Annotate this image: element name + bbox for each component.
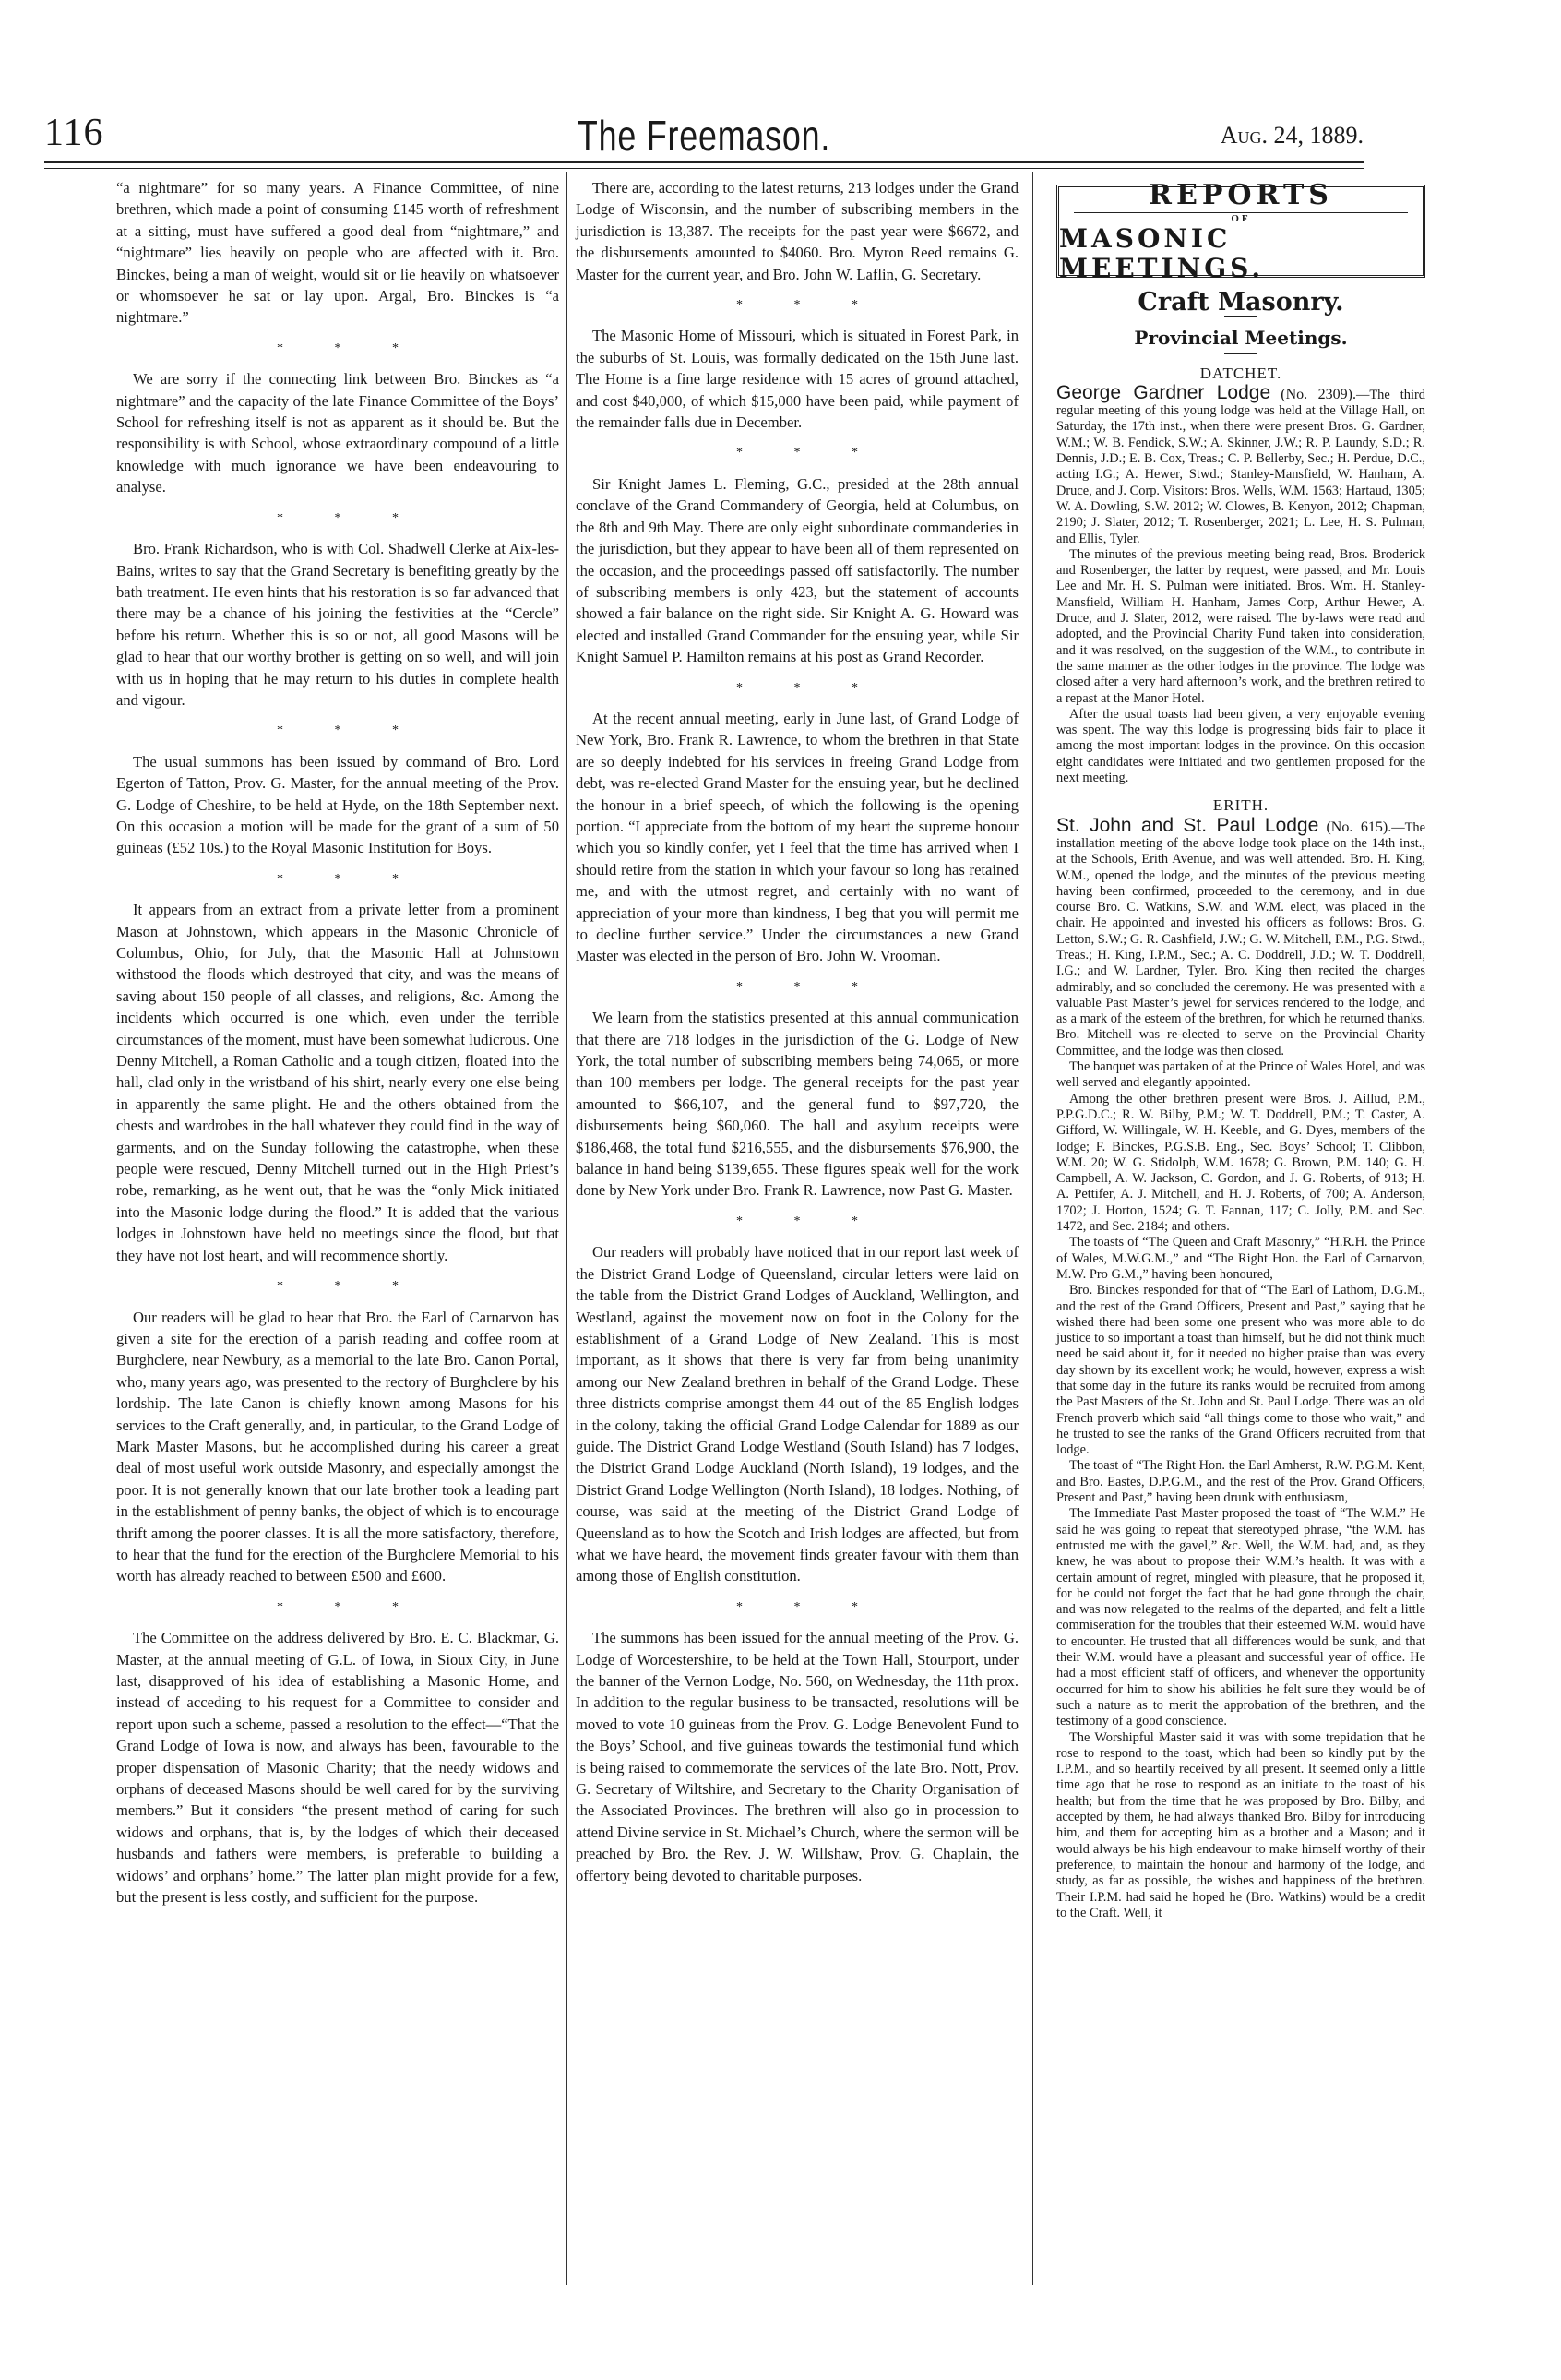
column-divider [1032,172,1033,2285]
lodge-number: (No. 2309). [1281,387,1356,402]
section-separator: * * * [116,720,559,741]
report-text: —The third regular meeting of this young… [1056,388,1425,546]
issue-date: Aug. 24, 1889. [1221,122,1364,149]
article-paragraph: Sir Knight James L. Fleming, G.C., presi… [576,473,1019,668]
article-paragraph: The Committee on the address delivered b… [116,1627,559,1908]
banner-line-of: OF [1231,213,1250,224]
article-paragraph: There are, according to the latest retur… [576,177,1019,285]
report-paragraph: The banquet was partaken of at the Princ… [1056,1059,1425,1092]
section-separator: * * * [576,1211,1019,1232]
section-separator: * * * [576,677,1019,699]
report-paragraph: The toast of “The Right Hon. the Earl Am… [1056,1458,1425,1506]
section-separator: * * * [116,508,559,529]
article-paragraph: The Masonic Home of Missouri, which is s… [576,325,1019,433]
middle-column: There are, according to the latest retur… [576,177,1019,1886]
right-column: REPORTS OF MASONIC MEETINGS. Craft Mason… [1056,177,1425,1921]
section-separator: * * * [116,868,559,890]
section-separator: * * * [576,294,1019,316]
left-column: “a nightmare” for so many years. A Finan… [116,177,559,1908]
section-separator: * * * [116,1597,559,1618]
article-paragraph: Our readers will probably have noticed t… [576,1241,1019,1587]
article-paragraph: We are sorry if the connecting link betw… [116,368,559,497]
lodge-number: (No. 615). [1326,819,1391,835]
article-paragraph: It appears from an extract from a privat… [116,899,559,1266]
article-paragraph: The usual summons has been issued by com… [116,751,559,859]
report-place: DATCHET. [1056,365,1425,381]
report-paragraph: The toasts of “The Queen and Craft Mason… [1056,1235,1425,1283]
subsection-title: Provincial Meetings. [1056,330,1425,346]
report-paragraph: Among the other brethren present were Br… [1056,1092,1425,1236]
section-title: Craft Masonry. [1056,294,1425,310]
article-paragraph: Bro. Frank Richardson, who is with Col. … [116,538,559,711]
masthead: 116 The Freemason. Aug. 24, 1889. [44,111,1364,157]
lodge-name: St. John and St. Paul Lodge [1056,815,1318,836]
section-separator: * * * [116,338,559,359]
page-number: 116 [44,111,103,155]
report-paragraph: After the usual toasts had been given, a… [1056,707,1425,786]
reports-banner: REPORTS OF MASONIC MEETINGS. [1056,185,1425,278]
newspaper-title: The Freemason. [189,111,1218,161]
section-separator: * * * [576,442,1019,463]
article-paragraph: At the recent annual meeting, early in J… [576,708,1019,967]
report-paragraph: The Immediate Past Master proposed the t… [1056,1506,1425,1729]
masthead-rule-thin [44,168,1364,169]
report-paragraph: Bro. Binckes responded for that of “The … [1056,1283,1425,1458]
article-paragraph: Our readers will be glad to hear that Br… [116,1307,559,1587]
report-place: ERITH. [1056,797,1425,813]
banner-line-meetings: MASONIC MEETINGS. [1059,224,1423,283]
report-paragraph: The Worshipful Master said it was with s… [1056,1730,1425,1922]
banner-line-reports: REPORTS [1074,179,1408,213]
masthead-rule [44,161,1364,163]
report-paragraph: The minutes of the previous meeting bein… [1056,547,1425,707]
report-paragraph: St. John and St. Paul Lodge (No. 615).—T… [1056,818,1425,1059]
article-paragraph: The summons has been issued for the annu… [576,1627,1019,1886]
report-paragraph: George Gardner Lodge (No. 2309).—The thi… [1056,385,1425,547]
section-separator: * * * [116,1275,559,1297]
report-text: —The installation meeting of the above l… [1056,820,1425,1058]
section-separator: * * * [576,976,1019,998]
short-rule [1224,353,1257,354]
section-separator: * * * [576,1597,1019,1618]
article-paragraph: “a nightmare” for so many years. A Finan… [116,177,559,329]
column-divider [566,172,567,2285]
article-paragraph: We learn from the statistics presented a… [576,1007,1019,1202]
lodge-name: George Gardner Lodge [1056,382,1270,403]
